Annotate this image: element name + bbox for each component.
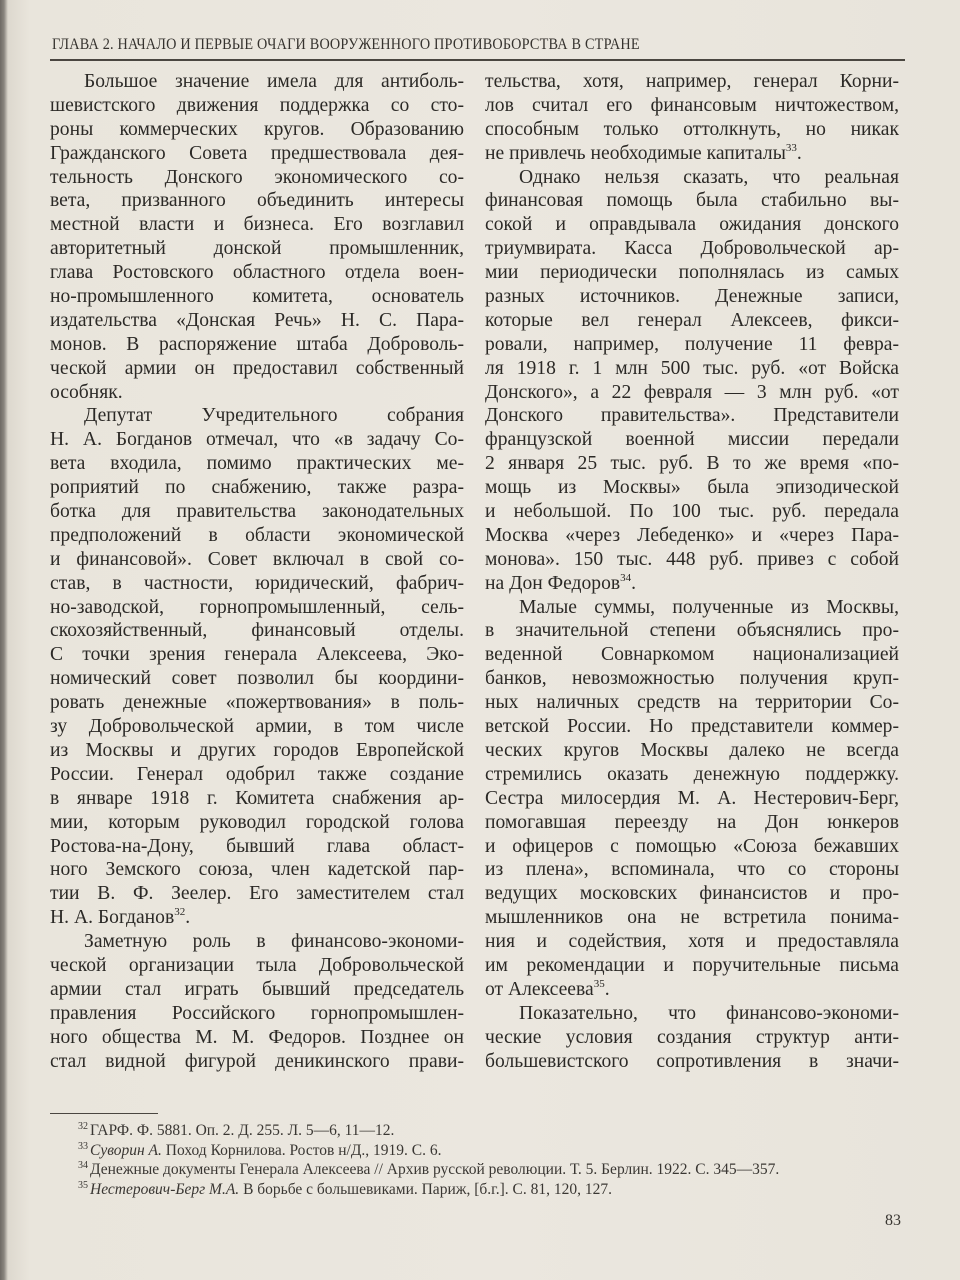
- text-line: армии стал играть бывший председатель: [50, 978, 464, 1002]
- text-line: мии периодически пополнялась из самых: [485, 261, 899, 285]
- text-line: ровать денежные «пожертвования» в поль-: [50, 691, 464, 715]
- text-line: ческой организации тыла Добровольческой: [50, 954, 464, 978]
- text-line: зу Добровольческой армии, в том числе: [50, 715, 464, 739]
- footnote-ref-34[interactable]: 34: [620, 572, 631, 584]
- text-line: французской военной миссии передали: [485, 428, 899, 452]
- footnote-ref-32[interactable]: 32: [174, 906, 185, 918]
- text-line: Большое значение имела для антиболь-: [50, 70, 464, 94]
- footnote-separator: [50, 1113, 158, 1114]
- text-line: номический совет позволил бы координи-: [50, 667, 464, 691]
- text-line: лов считал его финансовым ничтожеством,: [485, 94, 899, 118]
- text-line: Ростова-на-Дону, бывший глава област-: [50, 835, 464, 859]
- text-line: тии В. Ф. Зеелер. Его заместителем стал: [50, 882, 464, 906]
- text-line: большевистского сопротивления в значи-: [485, 1050, 899, 1074]
- footnotes: 32ГАРФ. Ф. 5881. Оп. 2. Д. 255. Л. 5—6, …: [78, 1121, 928, 1199]
- text-line: ведущих московских финансистов и про-: [485, 882, 899, 906]
- text-line: 2 января 25 тыс. руб. В то же время «по-: [485, 452, 899, 476]
- text-line: Заметную роль в финансово-экономи-: [50, 930, 464, 954]
- text-line: но-промышленного комитета, основатель: [50, 285, 464, 309]
- text-line: ля 1918 г. 1 млн 500 тыс. руб. «от Войск…: [485, 357, 899, 381]
- text-line: не привлечь необходимые капиталы33.: [485, 142, 899, 166]
- text-line: авторитетный донской промышленник,: [50, 237, 464, 261]
- text-line: ботка для правительства законодательных: [50, 500, 464, 524]
- text-line: предположений в области экономической: [50, 524, 464, 548]
- text-line: способным только оттолкнуть, но никак: [485, 118, 899, 142]
- text-line: ного общества М. М. Федоров. Позднее он: [50, 1026, 464, 1050]
- footnote-35: 35Нестерович-Берг М.А. В борьбе с больше…: [78, 1180, 928, 1200]
- text-line: Н. А. Богданов32.: [50, 906, 464, 930]
- text-line: стремились оказать денежную поддержку.: [485, 763, 899, 787]
- footnote-33: 33Суворин А. Поход Корнилова. Ростов н/Д…: [78, 1141, 928, 1161]
- text-line: ческой армии он предоставил собственный: [50, 357, 464, 381]
- text-line: и небольшой. По 100 тыс. руб. передала: [485, 500, 899, 524]
- text-line: ровали, например, получение 11 февра-: [485, 333, 899, 357]
- text-line: ческих кругов Москвы далеко не всегда: [485, 739, 899, 763]
- text-line: финансовая помощь была стабильно вы-: [485, 189, 899, 213]
- text-line: разных источников. Денежные записи,: [485, 285, 899, 309]
- text-line: веденной Совнаркомом национализацией: [485, 643, 899, 667]
- paragraph-bogdanov: Депутат Учредительного собрания Н. А. Бо…: [50, 404, 464, 930]
- text-line: им рекомендации и поручительные письма: [485, 954, 899, 978]
- text-line: ного Земского союза, член кадетской пар-: [50, 858, 464, 882]
- text-line: тельства, хотя, например, генерал Корни-: [485, 70, 899, 94]
- text-line: шевистского движения поддержка со сто-: [50, 94, 464, 118]
- text-line: местной власти и бизнеса. Его возглавил: [50, 213, 464, 237]
- book-page: ГЛАВА 2. НАЧАЛО И ПЕРВЫЕ ОЧАГИ ВООРУЖЕНН…: [0, 0, 960, 1280]
- text-line: Депутат Учредительного собрания: [50, 404, 464, 428]
- text-line: Сестра милосердия М. А. Нестерович-Берг,: [485, 787, 899, 811]
- text-line: вета входила, помимо практических ме-: [50, 452, 464, 476]
- text-line: банков, невозможностью получения круп-: [485, 667, 899, 691]
- text-line: стал видной фигурой деникинского прави-: [50, 1050, 464, 1074]
- text-line: которые вел генерал Алексеев, фикси-: [485, 309, 899, 333]
- paragraph-financial-help: Однако нельзя сказать, что реальная фина…: [485, 166, 899, 596]
- text-line: глава Ростовского областного отдела воен…: [50, 261, 464, 285]
- text-line: Москва «через Лебеденко» и «через Пара-: [485, 524, 899, 548]
- text-line: Однако нельзя сказать, что реальная: [485, 166, 899, 190]
- text-line: из плена», вспоминала, что со стороны: [485, 858, 899, 882]
- text-line: правления Российского горнопромышлен-: [50, 1002, 464, 1026]
- paragraph-small-sums: Малые суммы, полученные из Москвы, в зна…: [485, 596, 899, 1002]
- footnote-ref-33[interactable]: 33: [786, 142, 797, 154]
- text-line: мии, которым руководил городской голова: [50, 811, 464, 835]
- paragraph-commercial-circles: Большое значение имела для антиболь- шев…: [50, 70, 464, 404]
- footnote-34: 34Денежные документы Генерала Алексеева …: [78, 1160, 928, 1180]
- right-column: тельства, хотя, например, генерал Корни-…: [485, 70, 899, 1073]
- text-line: роны коммерческих кругов. Образованию: [50, 118, 464, 142]
- text-line: триумвирата. Касса Добровольческой ар-: [485, 237, 899, 261]
- text-line: тельность Донского экономического со-: [50, 166, 464, 190]
- text-line: роприятий по снабжению, также разра-: [50, 476, 464, 500]
- text-line: ческие условия создания структур анти-: [485, 1026, 899, 1050]
- text-line: особняк.: [50, 381, 464, 405]
- text-line: став, в частности, юридический, фабрич-: [50, 572, 464, 596]
- text-line: Донского правительства». Представители: [485, 404, 899, 428]
- text-line: монов. В распоряжение штаба Доброволь-: [50, 333, 464, 357]
- text-line: на Дон Федоров34.: [485, 572, 899, 596]
- text-line: помогавшая переезду на Дон юнкеров: [485, 811, 899, 835]
- text-line: Н. А. Богданов отмечал, что «в задачу Со…: [50, 428, 464, 452]
- text-line: Показательно, что финансово-экономи-: [485, 1002, 899, 1026]
- text-line: и финансовой». Совет включал в свой со-: [50, 548, 464, 572]
- text-line: но-заводской, горнопромышленный, сель-: [50, 596, 464, 620]
- text-line: Гражданского Совета предшествовала дея-: [50, 142, 464, 166]
- text-line: Донского», а 22 февраля — 3 млн руб. «от: [485, 381, 899, 405]
- text-line: ветской России. Но представители коммер-: [485, 715, 899, 739]
- text-line: из Москвы и других городов Европейской: [50, 739, 464, 763]
- text-line: ния и содействия, хотя и предоставляла: [485, 930, 899, 954]
- running-head: ГЛАВА 2. НАЧАЛО И ПЕРВЫЕ ОЧАГИ ВООРУЖЕНН…: [52, 36, 843, 54]
- text-line: в значительной степени объяснялись про-: [485, 619, 899, 643]
- text-line: монова». 150 тыс. 448 руб. привез с собо…: [485, 548, 899, 572]
- page-number: 83: [885, 1212, 901, 1230]
- paragraph-fedorov: Заметную роль в финансово-экономи- ческо…: [50, 930, 464, 1073]
- text-line: ных наличных средств на территории Со-: [485, 691, 899, 715]
- footnote-32: 32ГАРФ. Ф. 5881. Оп. 2. Д. 255. Л. 5—6, …: [78, 1121, 928, 1141]
- text-line: сокой и оправдывала ожидания донского: [485, 213, 899, 237]
- text-line: от Алексеева35.: [485, 978, 899, 1002]
- text-line: С точки зрения генерала Алексеева, Эко-: [50, 643, 464, 667]
- text-line: вета, призванного объединить интересы: [50, 189, 464, 213]
- paragraph-indicative: Показательно, что финансово-экономи- чес…: [485, 1002, 899, 1074]
- text-line: мышленников она не встретила понима-: [485, 906, 899, 930]
- text-line: в январе 1918 г. Комитета снабжения ар-: [50, 787, 464, 811]
- left-column: Большое значение имела для антиболь- шев…: [50, 70, 464, 1073]
- text-line: издательства «Донская Речь» Н. С. Пара-: [50, 309, 464, 333]
- header-rule: [50, 59, 905, 61]
- footnote-ref-35[interactable]: 35: [594, 978, 605, 990]
- text-line: скохозяйственный, финансовый отделы.: [50, 619, 464, 643]
- text-line: мощь из Москвы» была эпизодической: [485, 476, 899, 500]
- text-line: России. Генерал одобрил также создание: [50, 763, 464, 787]
- text-line: Малые суммы, полученные из Москвы,: [485, 596, 899, 620]
- text-line: и офицеров с помощью «Союза бежавших: [485, 835, 899, 859]
- paragraph-fedorov-cont: тельства, хотя, например, генерал Корни-…: [485, 70, 899, 166]
